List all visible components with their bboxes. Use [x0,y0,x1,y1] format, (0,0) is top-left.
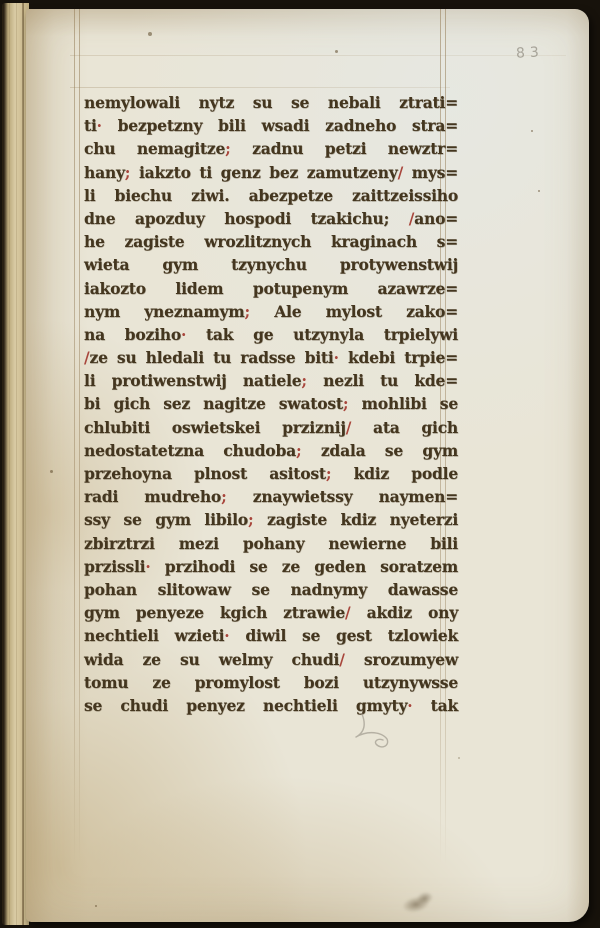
ink-text: ssy se gym libilo [84,510,248,529]
manuscript-line: ssy se gym libilo; zagiste kdiz nyeterzi [84,508,458,531]
ink-text: iakzto ti genz bez zamutzeny [130,163,397,182]
ink-text: nedostatetzna chudoba [84,441,296,460]
ink-text: znaywietssy naymen= [227,487,458,506]
ink-text: przihodi se ze geden soratzem [151,557,458,576]
foxing-speck [50,470,53,473]
manuscript-line: dne apozduy hospodi tzakichu; /ano= [84,207,458,230]
ink-text: nechtieli wzieti [84,626,224,645]
ink-text: ata gich [351,418,458,437]
ink-text: nemylowali nytz su se nebali ztrati= [84,93,458,112]
pencil-mark [348,712,412,754]
manuscript-line: tomu ze promylost bozi utzynywsse [84,671,458,694]
ink-text: na boziho [84,325,181,344]
manuscript-line: he zagiste wrozlitznych kraginach s= [84,230,458,253]
ink-text: Ale mylost zako= [250,302,458,321]
manuscript-line: na boziho· tak ge utzynyla trpielywi [84,323,458,346]
manuscript-line: przehoyna plnost asitost; kdiz podle [84,462,458,485]
foxing-speck [531,130,533,132]
ink-text: gym penyeze kgich ztrawie [84,603,345,622]
ink-text: bi gich sez nagitze swatost [84,394,343,413]
ink-text: iakozto lidem potupenym azawrze= [84,279,458,298]
ink-text: zbirztrzi mezi pohany newierne bili [84,534,458,553]
foxing-speck [335,50,338,53]
ink-text: chu nemagitze [84,139,225,158]
manuscript-line: chu nemagitze; zadnu petzi newztr= [84,137,458,160]
ink-text: tomu ze promylost bozi utzynywsse [84,673,458,692]
manuscript-line: pohan slitowaw se nadnymy dawasse [84,578,458,601]
ink-text: przissli [84,557,145,576]
ink-text: mys= [403,163,458,182]
ink-text: tak ge utzynyla trpielywi [186,325,458,344]
ink-text: kdebi trpie= [339,348,458,367]
manuscript-line: wieta gym tzynychu protywenstwij [84,253,458,276]
manuscript-line: iakozto lidem potupenym azawrze= [84,277,458,300]
foxing-speck [95,905,97,907]
manuscript-line: li protiwenstwij natiele; nezli tu kde= [84,369,458,392]
ink-text: srozumyew [345,650,458,669]
foxing-speck [458,757,460,759]
manuscript-line: hany; iakzto ti genz bez zamutzeny/ mys= [84,161,458,184]
foxing-speck [148,32,152,36]
manuscript-line: nemylowali nytz su se nebali ztrati= [84,91,458,114]
folio-number: 83 [516,44,545,61]
manuscript-line: chlubiti oswietskei prziznij/ ata gich [84,416,458,439]
ink-text: he zagiste wrozlitznych kraginach s= [84,232,458,251]
ink-text: nezli tu kde= [307,371,458,390]
foxing-speck [538,190,540,192]
ink-text: ze su hledali tu radsse biti [89,348,333,367]
ink-text: zdala se gym [301,441,458,460]
manuscript-line: /ze su hledali tu radsse biti· kdebi trp… [84,346,458,369]
ruling-line-vertical-left-2 [79,9,80,901]
manuscript-line: wida ze su welmy chudi/ srozumyew [84,648,458,671]
ink-text: przehoyna plnost asitost [84,464,326,483]
manuscript-line: li biechu ziwi. abezpetze zaittzeissiho [84,184,458,207]
manuscript-line: gym penyeze kgich ztrawie/ akdiz ony [84,601,458,624]
ruling-line-horizontal-text-top [70,87,450,88]
ink-text: pohan slitowaw se nadnymy dawasse [84,580,458,599]
ink-text: diwil se gest tzlowiek [230,626,459,645]
ink-text: zagiste kdiz nyeterzi [253,510,458,529]
book-gutter-edges [2,3,29,925]
manuscript-line: ti· bezpetzny bili wsadi zadneho stra= [84,114,458,137]
ink-text: chlubiti oswietskei prziznij [84,418,346,437]
ink-text: radi mudreho [84,487,221,506]
gutter-crease [22,3,24,925]
ink-text: ti [84,116,97,135]
ink-text: bezpetzny bili wsadi zadneho stra= [102,116,458,135]
ruling-line-horizontal-top [70,55,566,56]
manuscript-line: nedostatetzna chudoba; zdala se gym [84,439,458,462]
manuscript-line: nym yneznamym; Ale mylost zako= [84,300,458,323]
ink-text: kdiz podle [331,464,458,483]
manuscript-line: radi mudreho; znaywietssy naymen= [84,485,458,508]
ink-text: li biechu ziwi. abezpetze zaittzeissiho [84,186,458,205]
ink-text: ano= [414,209,458,228]
ink-text: nym yneznamym [84,302,245,321]
manuscript-line: zbirztrzi mezi pohany newierne bili [84,532,458,555]
ink-text: mohlibi se [348,394,458,413]
ink-text: wieta gym tzynychu protywenstwij [84,255,458,274]
ink-smudge [396,889,440,919]
ink-text: li protiwenstwij natiele [84,371,301,390]
ruling-line-vertical-left-1 [74,9,75,901]
ink-text: tak [412,696,458,715]
manuscript-line: przissli· przihodi se ze geden soratzem [84,555,458,578]
manuscript-line: bi gich sez nagitze swatost; mohlibi se [84,392,458,415]
manuscript-line: nechtieli wzieti· diwil se gest tzlowiek [84,624,458,647]
manuscript-page: 83 nemylowali nytz su se nebali ztrati=t… [26,9,589,922]
ink-text: akdiz ony [351,603,459,622]
manuscript-text: nemylowali nytz su se nebali ztrati=ti· … [84,91,458,717]
ink-text: wida ze su welmy chudi [84,650,339,669]
ink-text: zadnu petzi newztr= [231,139,458,158]
ink-text: hany [84,163,125,182]
ink-text: dne apozduy hospodi tzakichu; [84,209,409,228]
